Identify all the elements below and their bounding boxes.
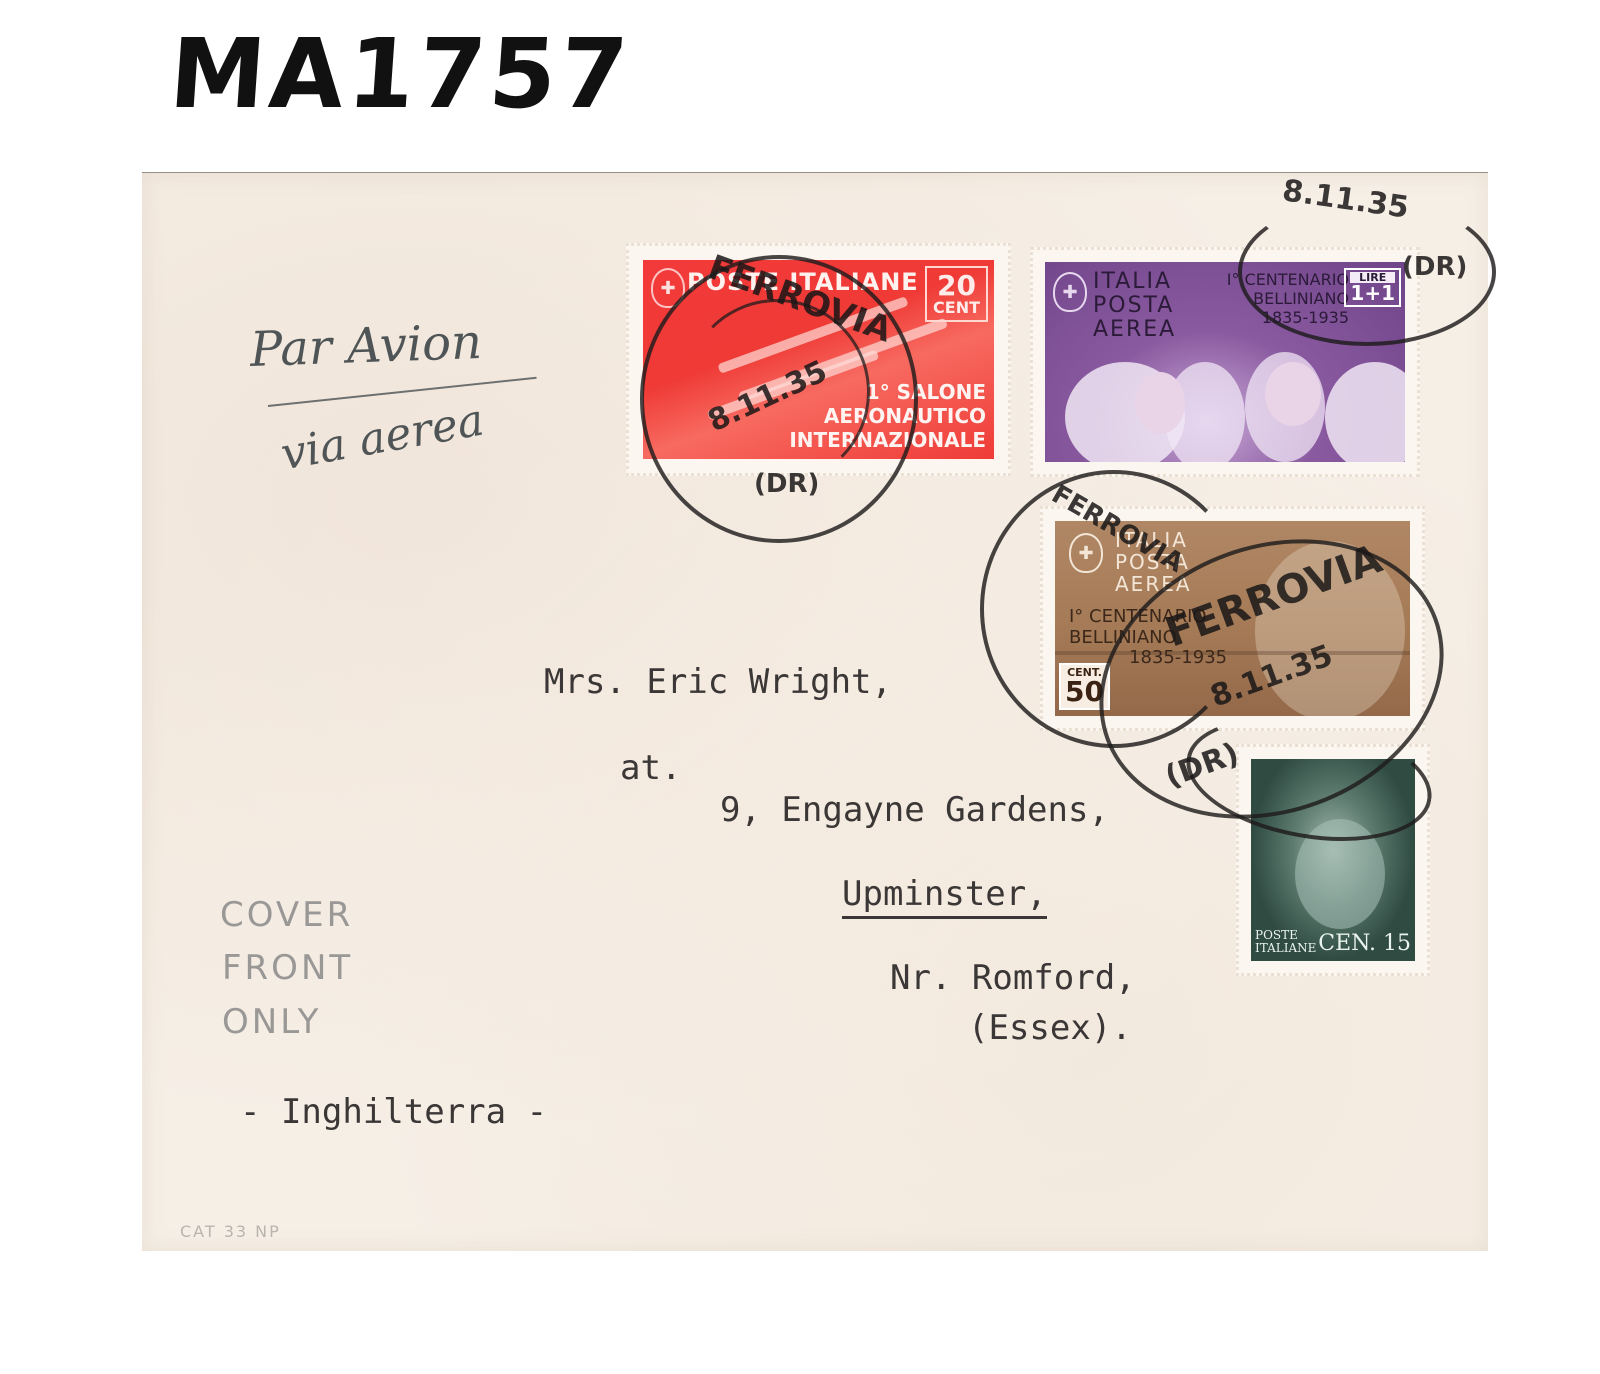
pencil-catalog-note: CAT 33 NP	[180, 1222, 281, 1241]
postmark-2: 8.11.35 (DR)	[1238, 198, 1496, 346]
address-at: at.	[620, 748, 681, 788]
stamp-header: ITALIA POSTA AEREA	[1093, 270, 1176, 343]
stamp-country-text: POSTE ITALIANE	[1255, 929, 1316, 955]
stamp-value: CEN. 15	[1318, 933, 1411, 955]
pencil-note-only: ONLY	[222, 1002, 321, 1042]
pencil-note-front: FRONT	[222, 948, 353, 988]
handwritten-par-avion: Par Avion	[249, 314, 483, 378]
address-town: Upminster,	[842, 874, 1047, 919]
address-street: 9, Engayne Gardens,	[720, 790, 1109, 830]
angel-figure-icon	[1135, 372, 1185, 434]
angel-violin-figure-icon	[1265, 362, 1321, 426]
reference-label: MA1757	[166, 18, 635, 130]
address-county: (Essex).	[968, 1008, 1132, 1048]
stamp-value: 20CENT	[925, 266, 988, 322]
address-recipient: Mrs. Eric Wright,	[544, 662, 892, 702]
address-near: Nr. Romford,	[890, 958, 1136, 998]
postmark-1: FERROVIA 8.11.35 (DR)	[640, 255, 918, 543]
savoy-crest-icon: ✚	[1053, 272, 1087, 312]
address-country: - Inghilterra -	[240, 1092, 547, 1132]
pencil-note-cover: COVER	[220, 895, 353, 935]
